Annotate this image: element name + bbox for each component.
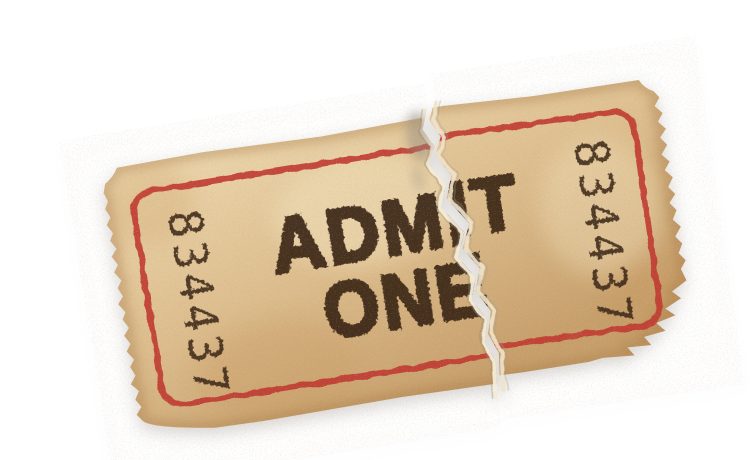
- photo-canvas: 834437 ADMIT ONE: [0, 0, 750, 460]
- ticket-photo: 834437 ADMIT ONE: [0, 0, 750, 460]
